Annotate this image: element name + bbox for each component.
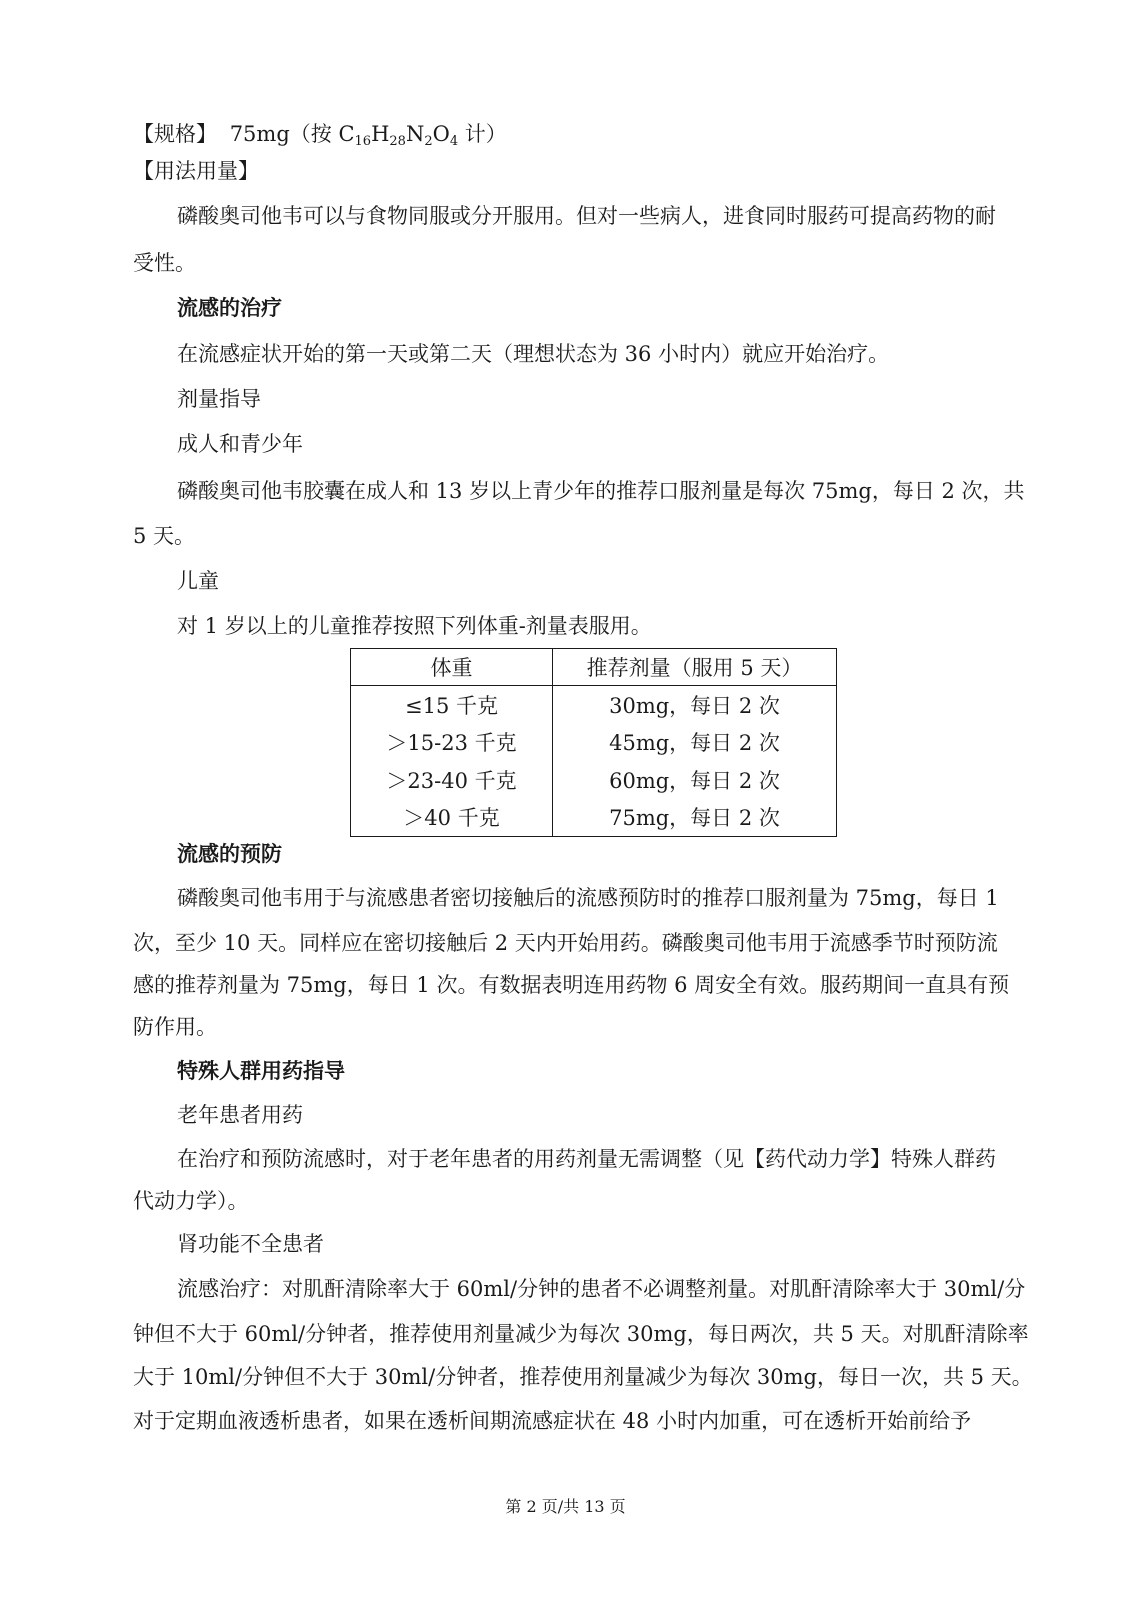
- dose-cell: 45mg，每日 2 次: [553, 724, 837, 762]
- spec-line: 【规格】 75mg（按 C16H28N2O4 计）: [133, 120, 507, 148]
- renal-paragraph-line: 钟但不大于 60ml/分钟者，推荐使用剂量减少为每次 30mg，每日两次，共 5…: [133, 1320, 1029, 1348]
- prevention-paragraph-line: 次，至少 10 天。同样应在密切接触后 2 天内开始用药。磷酸奥司他韦用于流感季…: [133, 929, 998, 957]
- page-number-footer: 第 2 页/共 13 页: [0, 1494, 1131, 1517]
- intro-paragraph-line: 磷酸奥司他韦可以与食物同服或分开服用。但对一些病人，进食同时服药可提高药物的耐: [177, 202, 996, 230]
- renal-heading: 肾功能不全患者: [177, 1230, 324, 1258]
- table-row: ≤15 千克 30mg，每日 2 次: [351, 686, 837, 724]
- column-header-dose: 推荐剂量（服用 5 天）: [553, 649, 837, 686]
- document-page: 【规格】 75mg（按 C16H28N2O4 计） 【用法用量】 磷酸奥司他韦可…: [0, 0, 1131, 1600]
- renal-paragraph-line: 对于定期血液透析患者，如果在透析间期流感症状在 48 小时内加重，可在透析开始前…: [133, 1407, 971, 1435]
- table-header-row: 体重 推荐剂量（服用 5 天）: [351, 649, 837, 686]
- prevention-heading: 流感的预防: [177, 840, 282, 868]
- adult-heading: 成人和青少年: [177, 430, 303, 458]
- prevention-paragraph-line: 感的推荐剂量为 75mg，每日 1 次。有数据表明连用药物 6 周安全有效。服药…: [133, 971, 1009, 999]
- weight-cell: ＞40 千克: [351, 799, 553, 837]
- weight-cell: ≤15 千克: [351, 686, 553, 724]
- adult-paragraph-line: 5 天。: [133, 522, 195, 550]
- elderly-paragraph-line: 代动力学）。: [133, 1187, 249, 1215]
- child-paragraph: 对 1 岁以上的儿童推荐按照下列体重-剂量表服用。: [177, 612, 652, 640]
- spec-label: 【规格】: [133, 122, 217, 146]
- prevention-paragraph-line: 防作用。: [133, 1013, 217, 1041]
- usage-heading: 【用法用量】: [133, 157, 259, 185]
- dose-guide-heading: 剂量指导: [177, 385, 261, 413]
- table-row: ＞40 千克 75mg，每日 2 次: [351, 799, 837, 837]
- renal-paragraph-line: 大于 10ml/分钟但不大于 30ml/分钟者，推荐使用剂量减少为每次 30mg…: [133, 1363, 1033, 1391]
- prevention-paragraph-line: 磷酸奥司他韦用于与流感患者密切接触后的流感预防时的推荐口服剂量为 75mg，每日…: [177, 884, 999, 912]
- elderly-paragraph-line: 在治疗和预防流感时，对于老年患者的用药剂量无需调整（见【药代动力学】特殊人群药: [177, 1145, 996, 1173]
- special-population-heading: 特殊人群用药指导: [177, 1057, 345, 1085]
- dose-cell: 60mg，每日 2 次: [553, 761, 837, 799]
- renal-paragraph-line: 流感治疗：对肌酐清除率大于 60ml/分钟的患者不必调整剂量。对肌酐清除率大于 …: [177, 1275, 1025, 1303]
- weight-cell: ＞15-23 千克: [351, 724, 553, 762]
- weight-cell: ＞23-40 千克: [351, 761, 553, 799]
- treatment-paragraph: 在流感症状开始的第一天或第二天（理想状态为 36 小时内）就应开始治疗。: [177, 340, 889, 368]
- spec-value: 75mg（按 C16H28N2O4 计）: [230, 122, 507, 146]
- dose-cell: 30mg，每日 2 次: [553, 686, 837, 724]
- elderly-heading: 老年患者用药: [177, 1101, 303, 1129]
- intro-paragraph-line: 受性。: [133, 249, 196, 277]
- dosage-table: 体重 推荐剂量（服用 5 天） ≤15 千克 30mg，每日 2 次 ＞15-2…: [350, 648, 837, 837]
- adult-paragraph-line: 磷酸奥司他韦胶囊在成人和 13 岁以上青少年的推荐口服剂量是每次 75mg，每日…: [177, 477, 1025, 505]
- treatment-heading: 流感的治疗: [177, 294, 282, 322]
- table-row: ＞15-23 千克 45mg，每日 2 次: [351, 724, 837, 762]
- column-header-weight: 体重: [351, 649, 553, 686]
- table-row: ＞23-40 千克 60mg，每日 2 次: [351, 761, 837, 799]
- dose-cell: 75mg，每日 2 次: [553, 799, 837, 837]
- child-heading: 儿童: [177, 567, 219, 595]
